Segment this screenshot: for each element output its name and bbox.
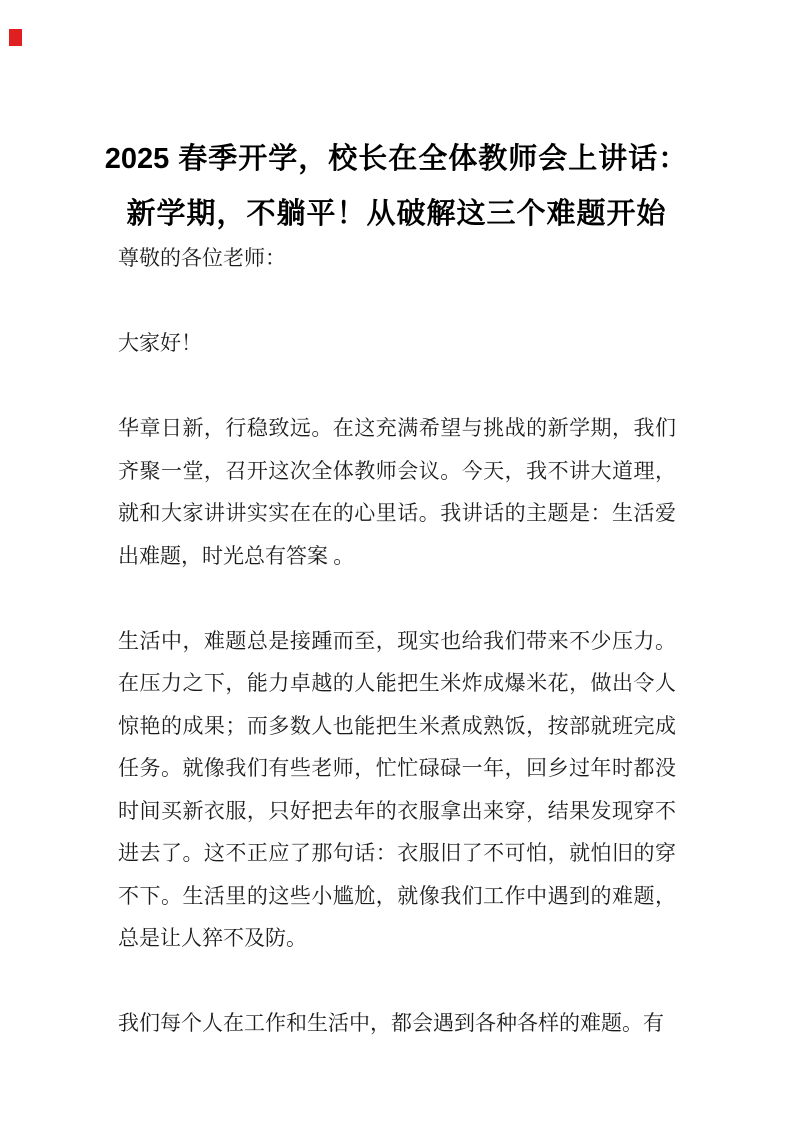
red-corner-mark — [9, 29, 22, 46]
title-line-1: 2025春季开学，校长在全体教师会上讲话： — [105, 143, 689, 175]
document-page: 2025春季开学，校长在全体教师会上讲话： 新学期，不躺平！从破解这三个难题开始… — [0, 0, 793, 1122]
paragraph-life-difficulties: 生活中，难题总是接踵而至，现实也给我们带来不少压力。在压力之下，能力卓越的人能把… — [118, 620, 676, 960]
title-line-2: 新学期，不躺平！从破解这三个难题开始 — [126, 198, 666, 230]
paragraph-salutation: 尊敬的各位老师： — [118, 237, 676, 280]
paragraph-everyone-difficulties: 我们每个人在工作和生活中，都会遇到各种各样的难题。有 — [118, 1002, 676, 1045]
title-year: 2025 — [105, 143, 170, 175]
title-line-1-text: 春季开学，校长在全体教师会上讲话： — [178, 143, 688, 175]
paragraph-greeting: 大家好！ — [118, 322, 676, 365]
document-body: 尊敬的各位老师： 大家好！ 华章日新，行稳致远。在这充满希望与挑战的新学期，我们… — [118, 237, 676, 1045]
document-title: 2025春季开学，校长在全体教师会上讲话： 新学期，不躺平！从破解这三个难题开始 — [0, 132, 793, 242]
paragraph-intro: 华章日新，行稳致远。在这充满希望与挑战的新学期，我们齐聚一堂，召开这次全体教师会… — [118, 407, 676, 577]
